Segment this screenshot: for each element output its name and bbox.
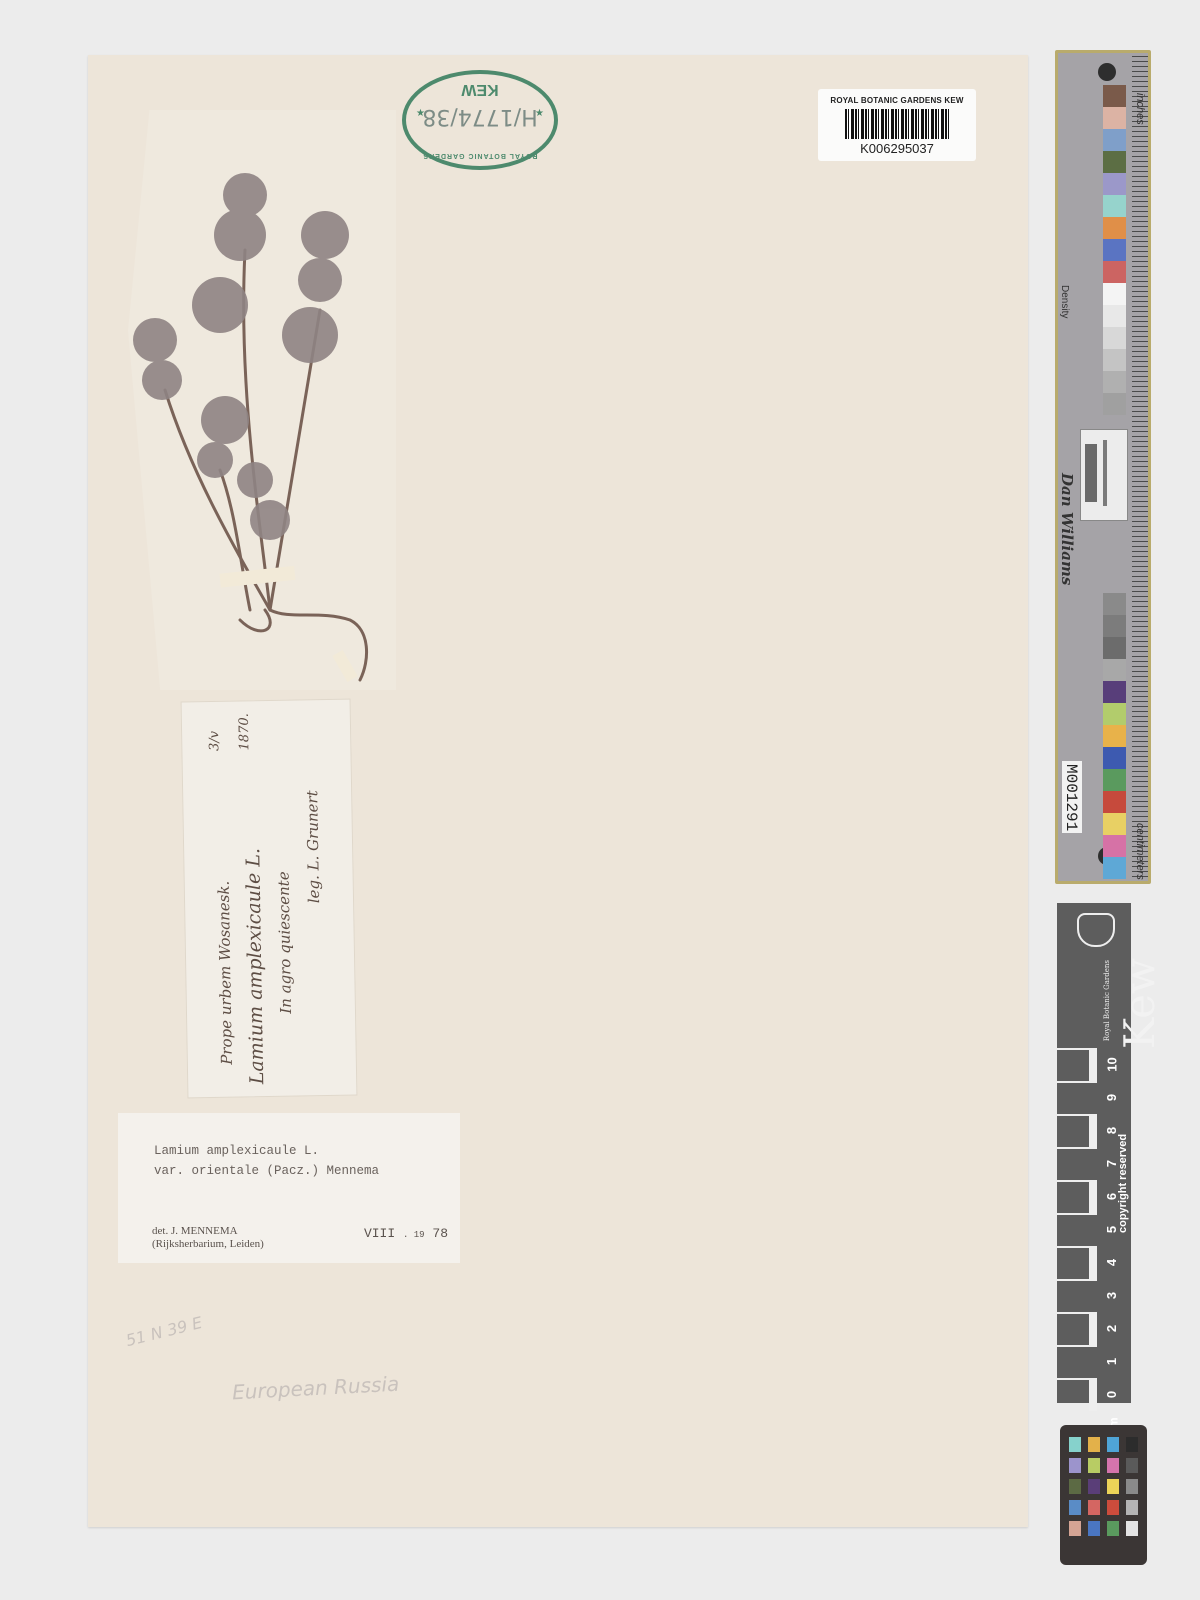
date-century: . 19 xyxy=(403,1230,425,1240)
color-swatch xyxy=(1069,1458,1081,1473)
scale-tick-label: 0 xyxy=(1101,1378,1123,1411)
ruler-hole xyxy=(1098,63,1116,81)
scale-block xyxy=(1057,1147,1097,1180)
scale-block xyxy=(1057,1246,1097,1279)
determination-label: Lamium amplexicaule L. var. orientale (P… xyxy=(118,1113,460,1263)
color-checker-grid xyxy=(1069,1437,1138,1536)
kew-herbarium-stamp: KEW ★ ★ H/1774/38 ROYAL BOTANIC GARDENS xyxy=(402,70,558,170)
color-swatch xyxy=(1103,129,1126,151)
barcode-icon xyxy=(845,109,949,139)
color-swatch xyxy=(1103,371,1126,393)
color-swatch xyxy=(1103,791,1126,813)
color-swatch xyxy=(1107,1479,1119,1494)
density-label: Density xyxy=(1059,285,1070,318)
color-swatch xyxy=(1103,681,1126,703)
scale-tick-label: 2 xyxy=(1101,1312,1123,1345)
color-swatch xyxy=(1088,1458,1100,1473)
color-swatch xyxy=(1103,107,1126,129)
collector-field-label: Prope urbem Wosanesk. Lamium amplexicaul… xyxy=(181,699,358,1099)
color-swatch xyxy=(1103,747,1126,769)
color-swatch xyxy=(1103,195,1126,217)
accession-number: H/1774/38 xyxy=(406,104,554,129)
color-swatch xyxy=(1103,813,1126,835)
color-swatch xyxy=(1103,857,1126,879)
scale-block xyxy=(1057,1114,1097,1147)
color-swatch xyxy=(1088,1437,1100,1452)
color-swatch xyxy=(1103,593,1126,615)
collector-line: leg. L. Grunert xyxy=(296,712,332,1082)
scale-block xyxy=(1057,1180,1097,1213)
color-swatch xyxy=(1126,1479,1138,1494)
scale-block xyxy=(1057,1081,1097,1114)
color-checker-card xyxy=(1060,1425,1147,1565)
scale-block xyxy=(1057,1048,1097,1081)
scale-block xyxy=(1057,1378,1097,1411)
determiner-block: det. J. MENNEMA (Rijksherbarium, Leiden) xyxy=(152,1225,264,1251)
color-swatch xyxy=(1103,261,1126,283)
determiner-institution: (Rijksherbarium, Leiden) xyxy=(152,1238,264,1251)
barcode-number: K006295037 xyxy=(818,141,976,156)
color-swatch xyxy=(1126,1500,1138,1515)
color-swatch xyxy=(1107,1500,1119,1515)
color-swatch xyxy=(1103,835,1126,857)
stamp-kew-text: KEW xyxy=(406,80,554,98)
kew-logo: Kew xyxy=(1115,958,1164,1049)
stamp-ring-text: ROYAL BOTANIC GARDENS xyxy=(406,152,554,159)
color-swatch xyxy=(1088,1479,1100,1494)
color-swatch xyxy=(1103,393,1126,415)
color-swatch xyxy=(1069,1479,1081,1494)
color-calibration-ruler: inches Density Dan Williams centimeters … xyxy=(1055,50,1151,884)
kew-scale-bar: Royal Botanic Gardens Kew 109876543210 c… xyxy=(1057,903,1131,1403)
color-swatch xyxy=(1103,327,1126,349)
color-swatch xyxy=(1103,637,1126,659)
copyright-text: copyright reserved xyxy=(1117,1134,1129,1233)
ruler-tick-scale xyxy=(1132,53,1148,881)
color-swatch xyxy=(1103,659,1126,681)
collection-date: 3/v 1870. xyxy=(200,712,261,750)
scale-blocks xyxy=(1057,1048,1097,1411)
royal-crest-icon xyxy=(1077,913,1115,947)
color-swatch xyxy=(1126,1437,1138,1452)
inches-label: inches xyxy=(1134,93,1146,125)
scale-block xyxy=(1057,1213,1097,1246)
taxon-name: Lamium amplexicaule L. xyxy=(154,1141,379,1161)
scale-tick-label: 9 xyxy=(1101,1081,1123,1114)
gray-target-card xyxy=(1080,429,1128,521)
determination-date: VIII . 19 78 xyxy=(364,1226,448,1241)
date-month: VIII xyxy=(364,1226,395,1241)
color-swatch xyxy=(1126,1521,1138,1536)
scale-block xyxy=(1057,1279,1097,1312)
scale-tick-label: 4 xyxy=(1101,1246,1123,1279)
color-swatch xyxy=(1103,725,1126,747)
centimeters-label: centimeters xyxy=(1134,823,1146,880)
color-swatch xyxy=(1069,1500,1081,1515)
ruler-id: M001291 xyxy=(1062,764,1080,831)
color-swatch xyxy=(1107,1521,1119,1536)
scale-block xyxy=(1057,1345,1097,1378)
institution-name: ROYAL BOTANIC GARDENS KEW xyxy=(818,96,976,105)
color-swatch xyxy=(1103,85,1126,107)
color-swatch xyxy=(1107,1458,1119,1473)
color-swatch xyxy=(1103,615,1126,637)
color-swatch xyxy=(1103,151,1126,173)
scale-tick-label: 1 xyxy=(1101,1345,1123,1378)
color-swatch xyxy=(1103,769,1126,791)
determiner-name: det. J. MENNEMA xyxy=(152,1225,264,1238)
kew-subtitle: Royal Botanic Gardens xyxy=(1103,960,1111,1041)
ruler-id-tag: M001291 xyxy=(1062,761,1082,833)
color-swatch xyxy=(1103,173,1126,195)
color-swatch xyxy=(1069,1437,1081,1452)
color-swatch xyxy=(1126,1458,1138,1473)
taxon-variety: var. orientale (Pacz.) Mennema xyxy=(154,1161,379,1181)
ruler-brand: Dan Williams xyxy=(1058,473,1076,585)
barcode-label: ROYAL BOTANIC GARDENS KEW K006295037 xyxy=(818,89,976,161)
color-swatch xyxy=(1088,1500,1100,1515)
date-year: 78 xyxy=(432,1226,448,1241)
color-swatch xyxy=(1103,305,1126,327)
scale-block xyxy=(1057,1312,1097,1345)
color-swatch xyxy=(1103,239,1126,261)
determined-taxon: Lamium amplexicaule L. var. orientale (P… xyxy=(154,1141,379,1181)
scale-tick-label: 10 xyxy=(1101,1048,1123,1081)
color-swatch xyxy=(1103,703,1126,725)
color-swatch xyxy=(1107,1437,1119,1452)
color-swatch xyxy=(1069,1521,1081,1536)
color-swatch xyxy=(1088,1521,1100,1536)
scale-tick-label: 3 xyxy=(1101,1279,1123,1312)
color-swatch xyxy=(1103,217,1126,239)
color-swatch xyxy=(1103,283,1126,305)
color-swatch xyxy=(1103,349,1126,371)
pressed-plant-specimen xyxy=(120,140,400,700)
ruler-color-patches-lower xyxy=(1103,593,1126,879)
ruler-color-patches xyxy=(1103,85,1126,415)
